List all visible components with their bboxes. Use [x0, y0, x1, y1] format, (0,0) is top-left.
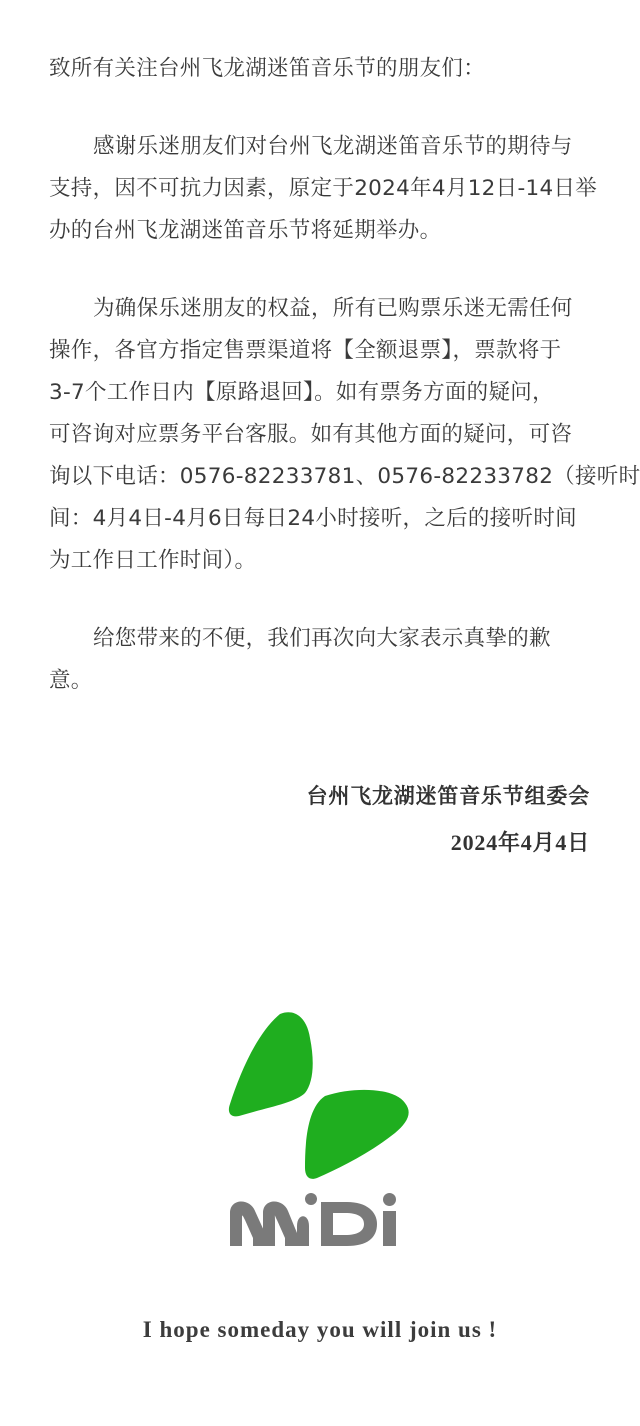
paragraph-line: 可咨询对应票务平台客服。如有其他方面的疑问，可咨 [49, 414, 572, 456]
signature-date: 2024年4月4日 [451, 822, 590, 864]
butterfly-wings-icon [225, 1008, 415, 1258]
paragraph-line: 为工作日工作时间）。 [49, 540, 256, 582]
signature-organizer: 台州飞龙湖迷笛音乐节组委会 [307, 775, 590, 817]
letter-greeting: 致所有关注台州飞龙湖迷笛音乐节的朋友们： [49, 48, 485, 90]
paragraph-line: 给您带来的不便，我们再次向大家表示真挚的歉 [93, 618, 551, 660]
paragraph-line-phones: 询以下电话：0576-82233781、0576-82233782（接听时 [49, 456, 640, 498]
midi-wordmark [230, 1193, 396, 1246]
paragraph-line: 支持，因不可抗力因素，原定于2024年4月12日-14日举 [49, 168, 597, 210]
paragraph-line: 意。 [49, 660, 93, 702]
paragraph-line: 办的台州飞龙湖迷笛音乐节将延期举办。 [49, 210, 441, 252]
paragraph-line: 间：4月4日-4月6日每日24小时接听，之后的接听时间 [49, 498, 577, 540]
paragraph-line: 3-7个工作日内【原路退回】。如有票务方面的疑问， [49, 372, 554, 414]
paragraph-line: 操作，各官方指定售票渠道将【全额退票】，票款将于 [49, 330, 561, 372]
closing-motto: I hope someday you will join us ! [0, 1317, 640, 1343]
paragraph-line: 感谢乐迷朋友们对台州飞龙湖迷笛音乐节的期待与 [93, 126, 573, 168]
midi-logo [225, 1008, 415, 1258]
paragraph-line: 为确保乐迷朋友的权益，所有已购票乐迷无需任何 [93, 288, 573, 330]
